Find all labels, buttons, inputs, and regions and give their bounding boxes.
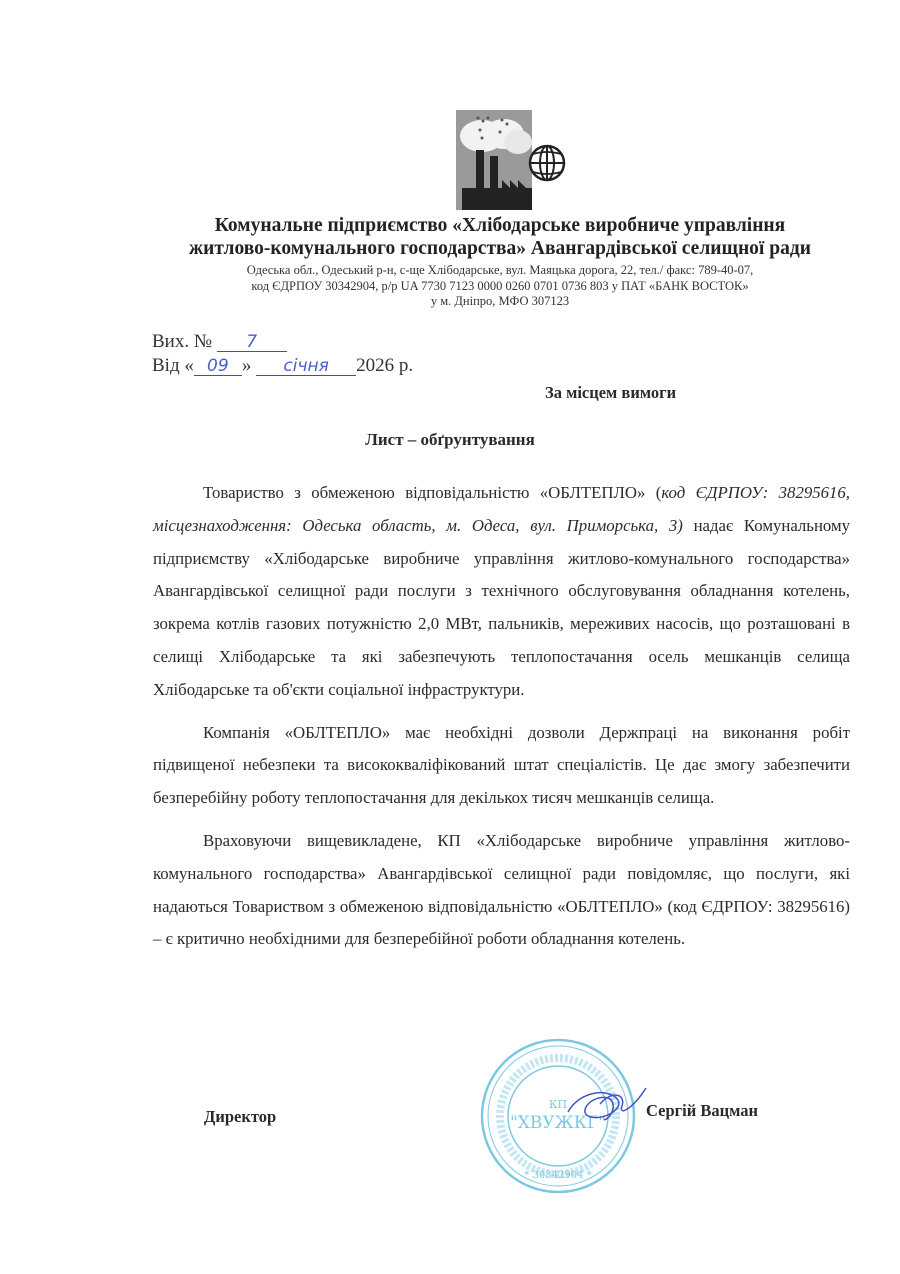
outgoing-reference: Вих. № 7 Від « 09 » січня 2026 р. — [152, 330, 413, 378]
org-name-line-2: житлово-комунального господарства» Аванг… — [150, 237, 850, 260]
addressee: За місцем вимоги — [545, 383, 676, 403]
org-bank-details: код ЄДРПОУ 30342904, р/р UA 7730 7123 00… — [150, 279, 850, 295]
date-mid: » — [242, 354, 252, 378]
document-title: Лист – обґрунтування — [0, 430, 900, 450]
p1-start: Товариство з обмеженою відповідальністю … — [203, 483, 661, 502]
org-address: Одеська обл., Одеський р-н, с-ще Хлібода… — [150, 263, 850, 279]
paragraph-2: Компанія «ОБЛТЕПЛО» має необхідні дозвол… — [153, 717, 850, 815]
signatory-name: Сергій Вацман — [646, 1101, 758, 1121]
org-bank-city: у м. Дніпро, МФО 307123 — [150, 294, 850, 310]
date-day: 09 — [194, 357, 242, 376]
factory-globe-logo-icon — [452, 108, 572, 213]
p1-end: надає Комунальному підприємству «Хлібода… — [153, 516, 850, 699]
organization-name: Комунальне підприємство «Хлібодарське ви… — [150, 214, 850, 260]
date-year: 2026 р. — [356, 354, 413, 378]
org-name-line-1: Комунальне підприємство «Хлібодарське ви… — [150, 214, 850, 237]
letter-body: Товариство з обмеженою відповідальністю … — [153, 477, 850, 966]
date-prefix: Від « — [152, 354, 194, 378]
outgoing-number-value: 7 — [217, 333, 287, 352]
outgoing-number-label: Вих. № — [152, 330, 212, 354]
date-month: січня — [256, 357, 356, 376]
signatory-role: Директор — [204, 1107, 276, 1127]
organization-details: Одеська обл., Одеський р-н, с-ще Хлібода… — [150, 263, 850, 310]
handwritten-signature-icon — [560, 1080, 650, 1130]
paragraph-1: Товариство з обмеженою відповідальністю … — [153, 477, 850, 707]
paragraph-3: Враховуючи вищевикладене, КП «Хлібодарсь… — [153, 825, 850, 956]
outgoing-number-line: Вих. № 7 — [152, 330, 413, 354]
outgoing-date-line: Від « 09 » січня 2026 р. — [152, 354, 413, 378]
svg-text:* 30342904 *: * 30342904 * — [524, 1170, 591, 1181]
